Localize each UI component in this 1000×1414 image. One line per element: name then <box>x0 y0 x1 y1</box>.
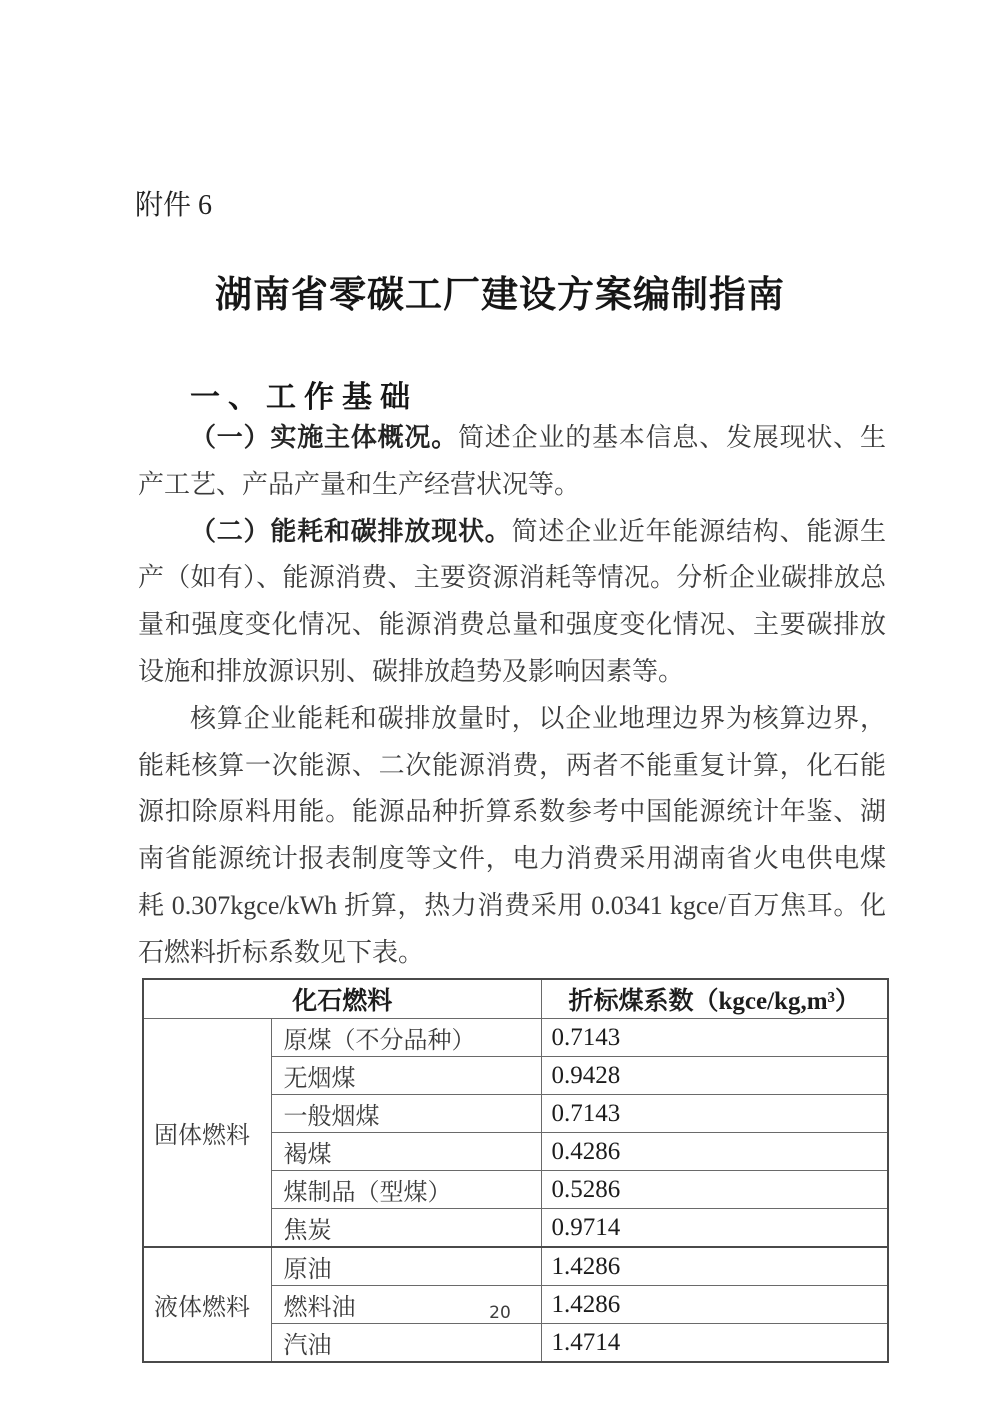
document-title: 湖南省零碳工厂建设方案编制指南 <box>0 264 1000 318</box>
paragraph-accounting-boundary: 核算企业能耗和碳排放量时，以企业地理边界为核算边界，能耗核算一次能源、二次能源消… <box>138 696 886 977</box>
section-heading: 一、工作基础 <box>190 372 418 416</box>
table-header-row: 化石燃料 折标煤系数（kgce/kg,m³） <box>143 979 888 1019</box>
coefficient-value-cell: 0.9714 <box>541 1209 888 1248</box>
paragraph-energy-carbon-status: （二）能耗和碳排放现状。简述企业近年能源结构、能源生产（如有）、能源消费、主要资… <box>138 509 886 696</box>
coefficient-value-cell: 0.9428 <box>541 1057 888 1095</box>
fuel-name-cell: 无烟煤 <box>271 1057 541 1095</box>
document-body: （一）实施主体概况。简述企业的基本信息、发展现状、生产工艺、产品产量和生产经营状… <box>138 415 886 977</box>
coefficient-value-cell: 1.4286 <box>541 1247 888 1286</box>
coefficient-value-cell: 0.4286 <box>541 1133 888 1171</box>
paragraph-lead: （一）实施主体概况。 <box>190 423 458 452</box>
paragraph-implementation-overview: （一）实施主体概况。简述企业的基本信息、发展现状、生产工艺、产品产量和生产经营状… <box>138 415 886 509</box>
attachment-label: 附件 6 <box>135 183 212 223</box>
table-header-coefficient: 折标煤系数（kgce/kg,m³） <box>541 979 888 1019</box>
group-cell-solid-fuel: 固体燃料 <box>143 1019 271 1248</box>
table-row: 固体燃料 原煤（不分品种） 0.7143 <box>143 1019 888 1057</box>
fuel-name-cell: 褐煤 <box>271 1133 541 1171</box>
table-header-fuel: 化石燃料 <box>143 979 541 1019</box>
document-page: 附件 6 湖南省零碳工厂建设方案编制指南 一、工作基础 （一）实施主体概况。简述… <box>0 0 1000 1414</box>
fuel-name-cell: 原煤（不分品种） <box>271 1019 541 1057</box>
coefficient-value-cell: 0.7143 <box>541 1095 888 1133</box>
fuel-name-cell: 焦炭 <box>271 1209 541 1248</box>
coefficient-value-cell: 0.5286 <box>541 1171 888 1209</box>
fuel-name-cell: 原油 <box>271 1247 541 1286</box>
page-number: 20 <box>0 1303 1000 1323</box>
fuel-name-cell: 一般烟煤 <box>271 1095 541 1133</box>
paragraph-lead: （二）能耗和碳排放现状。 <box>190 517 512 546</box>
table-row: 液体燃料 原油 1.4286 <box>143 1247 888 1286</box>
paragraph-text: 核算企业能耗和碳排放量时，以企业地理边界为核算边界，能耗核算一次能源、二次能源消… <box>138 704 886 967</box>
fuel-name-cell: 煤制品（型煤） <box>271 1171 541 1209</box>
coefficient-value-cell: 1.4714 <box>541 1324 888 1363</box>
fuel-name-cell: 汽油 <box>271 1324 541 1363</box>
coefficient-value-cell: 0.7143 <box>541 1019 888 1057</box>
